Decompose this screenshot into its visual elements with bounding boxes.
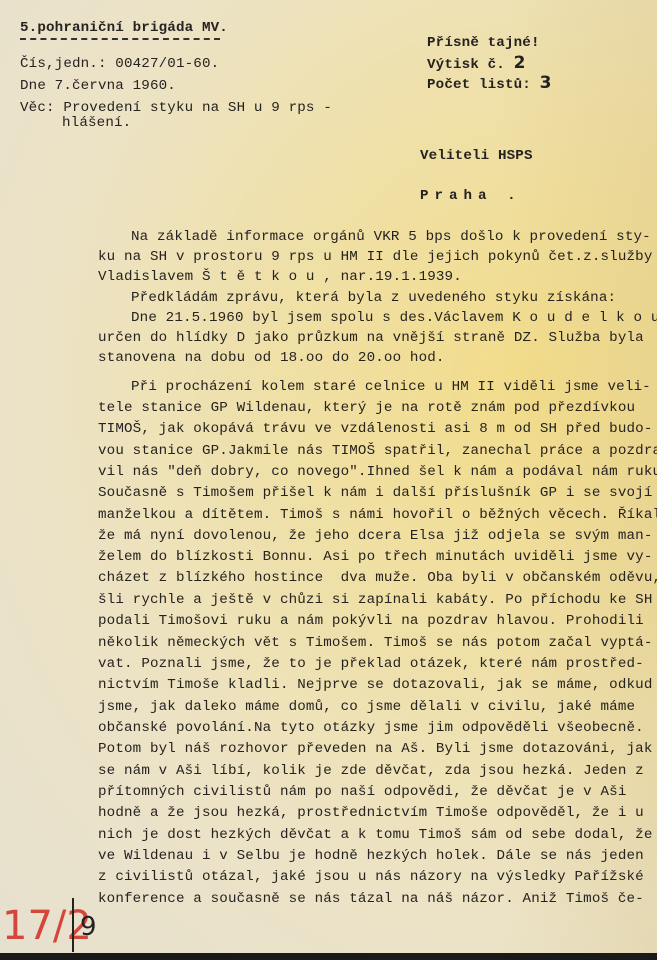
sheets-label: Počet listů: [427, 77, 531, 93]
body-line: z civilistů otázal, jaké jsou u nás názo… [98, 869, 644, 885]
body-line: želem do blízkosti Bonnu. Asi po třech m… [98, 549, 653, 565]
body-line: Dne 21.5.1960 byl jsem spolu s des.Václa… [131, 310, 657, 326]
body-line: nictvím Timoše kladli. Nejprve se dotazo… [98, 677, 653, 693]
document-date: Dne 7.června 1960. [20, 78, 176, 94]
body-line: stanovena na dobu od 18.oo do 20.oo hod. [98, 350, 445, 366]
body-line: ku na SH v prostoru 9 rps u HM II dle je… [98, 249, 653, 265]
recipient: Veliteli HSPS [420, 148, 533, 164]
body-line: podali Timošovi ruku a nám pokývli na po… [98, 613, 644, 629]
body-line: nich je dost hezkých děvčat a k tomu Tim… [98, 827, 653, 843]
sheet-count-handwritten: 3 [540, 73, 552, 93]
copy-number-row: Výtisk č. 2 [427, 55, 526, 73]
reference-number: Čís,jedn.: 00427/01-60. [20, 56, 219, 72]
body-line: několik německých vět s Timošem. Timoš s… [98, 635, 653, 651]
body-line: tele stanice GP Wildenau, který je na ro… [98, 400, 635, 416]
copy-number-handwritten: 2 [514, 53, 526, 73]
body-line: manželkou a dítětem. Timoš s námi hovoři… [98, 507, 657, 523]
archive-number-annotation: 17/2 [2, 906, 92, 946]
body-line: jsme, jak daleko máme domů, co jsme děla… [98, 699, 635, 715]
body-line: přítomných civilistů nám po naší odpověd… [98, 784, 627, 800]
page-number-handwritten: 9 [80, 912, 97, 942]
body-line: že má nyní dovolenou, že jeho dcera Elsa… [98, 528, 653, 544]
body-line: Současně s Timošem přišel k nám i další … [98, 485, 653, 501]
body-line: TIMOŠ, jak okopává trávu ve vzdálenosti … [98, 421, 653, 437]
body-line: Vladislavem Š t ě t k o u , nar.19.1.193… [98, 269, 462, 285]
body-line: vil nás "deň dobry, co novego".Ihned šel… [98, 464, 657, 480]
body-line: ve Wildenau i v Selbu je hodně hezkých h… [98, 848, 644, 864]
body-line: určen do hlídky D jako průzkum na vnější… [98, 330, 644, 346]
scan-edge [0, 953, 657, 960]
heading-underline [20, 38, 220, 40]
body-line: cházet z blízkého hostince dva muže. Oba… [98, 570, 657, 586]
body-line: Předkládám zprávu, která byla z uvedenéh… [131, 290, 616, 306]
subject-line-2: hlášení. [62, 115, 131, 131]
body-line: konference a současně se nás tázal na ná… [98, 891, 644, 907]
subject-line-1: Věc: Provedení styku na SH u 9 rps - [20, 100, 332, 116]
body-line: vat. Poznali jsme, že to je překlad otáz… [98, 656, 644, 672]
sheet-count-row: Počet listů: 3 [427, 75, 552, 93]
recipient-city: Praha . [420, 188, 522, 204]
body-line: hodně a že jsou hezká, prostřednictvím T… [98, 805, 644, 821]
body-line: se nám v Aši líbí, kolik je zde děvčat, … [98, 763, 644, 779]
body-line: občanské povolání.Na tyto otázky jsme ji… [98, 720, 644, 736]
annotation-divider [72, 898, 74, 952]
document-page: 5.pohraniční brigáda MV. Čís,jedn.: 0042… [0, 0, 657, 960]
body-line: vou stanice GP.Jakmile nás TIMOŠ spatřil… [98, 443, 657, 459]
body-line: Potom byl náš rozhovor převeden na Aš. B… [98, 741, 653, 757]
body-line: šli rychle a ještě v chůzi si zapínali k… [98, 592, 653, 608]
organization-heading: 5.pohraniční brigáda MV. [20, 20, 228, 36]
secrecy-classification: Přísně tajné! [427, 35, 540, 51]
body-line: Při procházení kolem staré celnice u HM … [131, 379, 651, 395]
copy-label: Výtisk č. [427, 57, 505, 73]
body-line: Na základě informace orgánů VKR 5 bps do… [131, 229, 651, 245]
